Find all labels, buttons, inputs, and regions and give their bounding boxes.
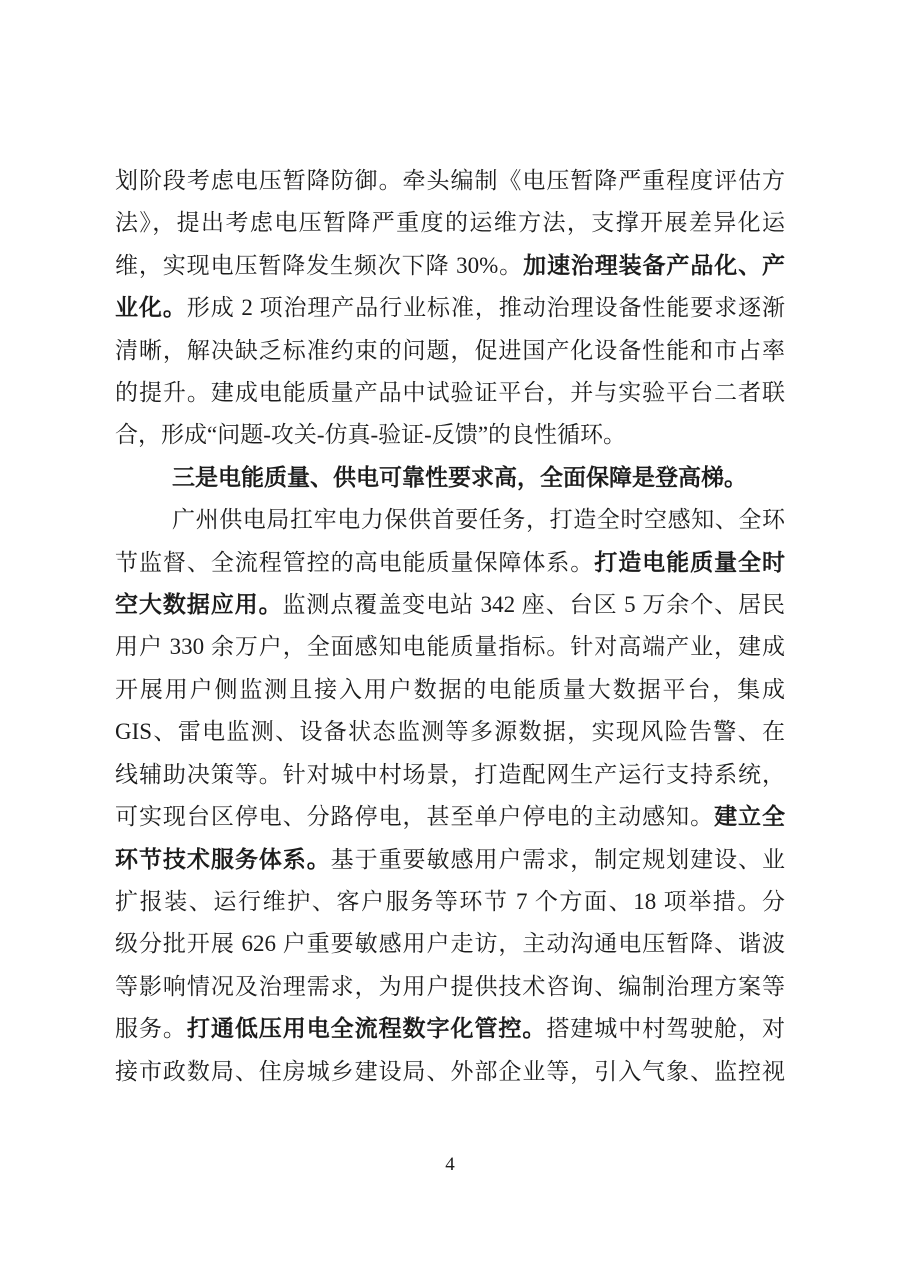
text-line: 级分批开展 626 户重要敏感用户走访，主动沟通电压暂降、谐波 [115,923,785,965]
text-run: 服务。 [115,1016,187,1041]
text-run: 维，实现电压暂降发生频次下降 30%。 [115,253,523,278]
text-line: 可实现台区停电、分路停电，甚至单户停电的主动感知。建立全 [115,796,785,838]
text-run: 法》，提出考虑电压暂降严重度的运维方法，支撑开展差异化运 [115,210,785,235]
text-line: 开展用户侧监测且接入用户数据的电能质量大数据平台，集成 [115,669,785,711]
text-run: 接市政数局、住房城乡建设局、外部企业等，引入气象、监控视 [115,1059,785,1084]
text-run: 的提升。建成电能质量产品中试验证平台，并与实验平台二者联 [115,380,785,405]
text-run: 形成 2 项治理产品行业标准，推动治理设备性能要求逐渐 [187,295,785,320]
text-line: 线辅助决策等。针对城中村场景，打造配网生产运行支持系统， [115,754,785,796]
text-line: 空大数据应用。监测点覆盖变电站 342 座、台区 5 万余个、居民 [115,584,785,626]
page-footer: 4 [0,1152,900,1178]
text-line: 清晰，解决缺乏标准约束的问题，促进国产化设备性能和市占率 [115,330,785,372]
bold-text-run: 业化。 [115,295,187,320]
text-line: 划阶段考虑电压暂降防御。牵头编制《电压暂降严重程度评估方 [115,160,785,202]
text-run: 可实现台区停电、分路停电，甚至单户停电的主动感知。 [115,804,714,829]
text-run: 合，形成“问题-攻关-仿真-验证-反馈”的良性循环。 [115,422,626,447]
text-run: 等影响情况及治理需求，为用户提供技术咨询、编制治理方案等 [115,974,785,999]
text-line: GIS、雷电监测、设备状态监测等多源数据，实现风险告警、在 [115,711,785,753]
text-line: 扩报装、运行维护、客户服务等环节 7 个方面、18 项举措。分 [115,881,785,923]
text-run: 清晰，解决缺乏标准约束的问题，促进国产化设备性能和市占率 [115,338,785,363]
text-run: 划阶段考虑电压暂降防御。牵头编制《电压暂降严重程度评估方 [115,168,785,193]
text-run: 开展用户侧监测且接入用户数据的电能质量大数据平台，集成 [115,677,785,702]
text-run: 扩报装、运行维护、客户服务等环节 7 个方面、18 项举措。分 [115,889,785,914]
text-line: 等影响情况及治理需求，为用户提供技术咨询、编制治理方案等 [115,966,785,1008]
text-line: 节监督、全流程管控的高电能质量保障体系。打造电能质量全时 [115,542,785,584]
text-run: 级分批开展 626 户重要敏感用户走访，主动沟通电压暂降、谐波 [115,931,785,956]
bold-text-run: 三是电能质量、供电可靠性要求高，全面保障是登高梯。 [172,465,747,490]
text-line: 业化。形成 2 项治理产品行业标准，推动治理设备性能要求逐渐 [115,287,785,329]
text-run: 用户 330 余万户，全面感知电能质量指标。针对高端产业，建成 [115,634,785,659]
text-line: 服务。打通低压用电全流程数字化管控。搭建城中村驾驶舱，对 [115,1008,785,1050]
bold-text-run: 加速治理装备产品化、产 [523,253,785,278]
text-block: 划阶段考虑电压暂降防御。牵头编制《电压暂降严重程度评估方法》，提出考虑电压暂降严… [115,160,785,1093]
text-line: 的提升。建成电能质量产品中试验证平台，并与实验平台二者联 [115,372,785,414]
text-line: 三是电能质量、供电可靠性要求高，全面保障是登高梯。 [115,457,785,499]
text-run: 线辅助决策等。针对城中村场景，打造配网生产运行支持系统， [115,762,785,787]
bold-text-run: 建立全 [714,804,785,829]
text-line: 用户 330 余万户，全面感知电能质量指标。针对高端产业，建成 [115,626,785,668]
text-line: 法》，提出考虑电压暂降严重度的运维方法，支撑开展差异化运 [115,202,785,244]
text-run: 监测点覆盖变电站 342 座、台区 5 万余个、居民 [283,592,786,617]
text-run: GIS、雷电监测、设备状态监测等多源数据，实现风险告警、在 [115,719,785,744]
text-line: 广州供电局扛牢电力保供首要任务，打造全时空感知、全环 [115,499,785,541]
text-run: 广州供电局扛牢电力保供首要任务，打造全时空感知、全环 [172,507,785,532]
document-page: 划阶段考虑电压暂降防御。牵头编制《电压暂降严重程度评估方法》，提出考虑电压暂降严… [0,0,900,1272]
bold-text-run: 环节技术服务体系。 [115,847,331,872]
text-line: 合，形成“问题-攻关-仿真-验证-反馈”的良性循环。 [115,414,785,456]
text-line: 环节技术服务体系。基于重要敏感用户需求，制定规划建设、业 [115,839,785,881]
text-line: 接市政数局、住房城乡建设局、外部企业等，引入气象、监控视 [115,1051,785,1093]
text-line: 维，实现电压暂降发生频次下降 30%。加速治理装备产品化、产 [115,245,785,287]
text-run: 基于重要敏感用户需求，制定规划建设、业 [331,847,785,872]
bold-text-run: 空大数据应用。 [115,592,283,617]
text-run: 节监督、全流程管控的高电能质量保障体系。 [115,550,594,575]
bold-text-run: 打造电能质量全时 [594,550,785,575]
page-number: 4 [445,1154,455,1175]
bold-text-run: 打通低压用电全流程数字化管控。 [187,1016,546,1041]
text-run: 搭建城中村驾驶舱，对 [546,1016,785,1041]
